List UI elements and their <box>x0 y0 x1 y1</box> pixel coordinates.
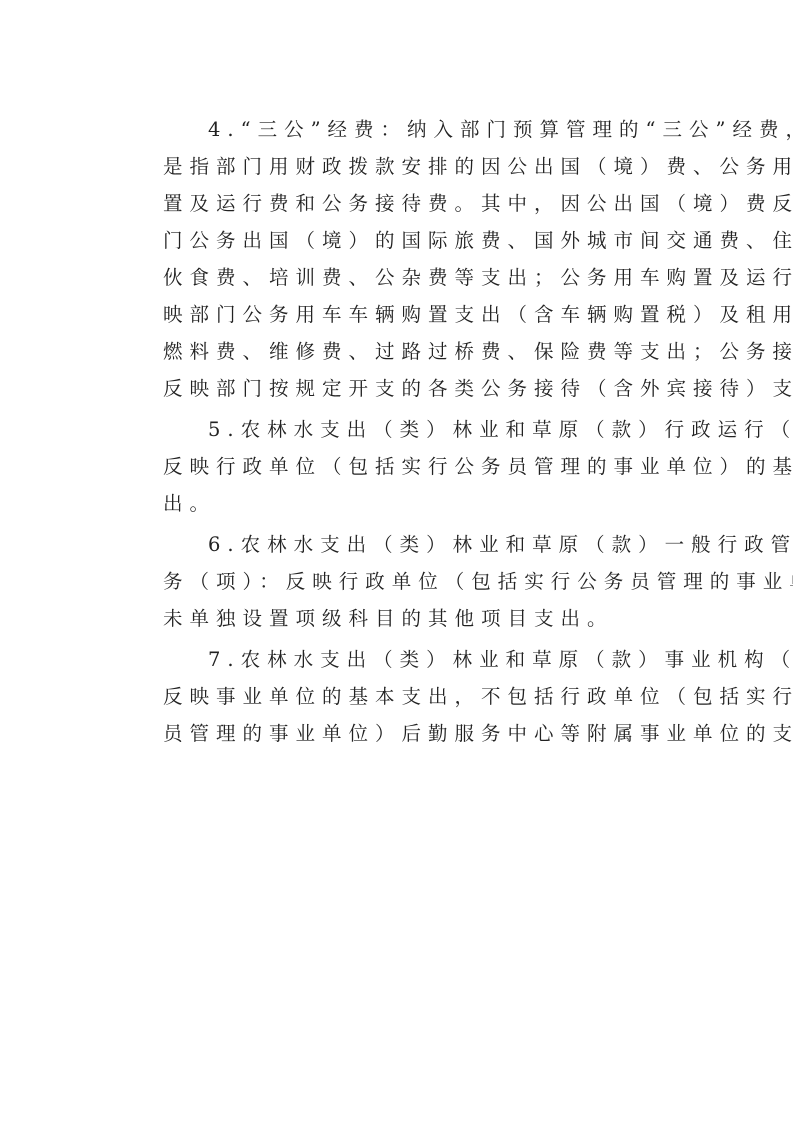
text-line: 反映部门按规定开支的各类公务接待（含外宾接待）支出。 <box>118 370 678 407</box>
text-line: 5.农林水支出（类）林业和草原（款）行政运行（项）： <box>118 411 678 448</box>
paragraph-item-7: 7.农林水支出（类）林业和草原（款）事业机构（项）： 反映事业单位的基本支出，不… <box>118 641 678 752</box>
paragraph-item-6: 6.农林水支出（类）林业和草原（款）一般行政管理事 务（项）：反映行政单位（包括… <box>118 526 678 637</box>
text-line: 反映行政单位（包括实行公务员管理的事业单位）的基本支 <box>118 448 678 485</box>
text-line: 反映事业单位的基本支出，不包括行政单位（包括实行公务 <box>118 678 678 715</box>
text-line: 出。 <box>118 485 678 522</box>
paragraph-item-5: 5.农林水支出（类）林业和草原（款）行政运行（项）： 反映行政单位（包括实行公务… <box>118 411 678 522</box>
text-line: 燃料费、维修费、过路过桥费、保险费等支出；公务接待费 <box>118 333 678 370</box>
document-page: 4.“三公”经费：纳入部门预算管理的“三公”经费， 是指部门用财政拨款安排的因公… <box>118 111 678 752</box>
text-line: 7.农林水支出（类）林业和草原（款）事业机构（项）： <box>118 641 678 678</box>
text-line: 4.“三公”经费：纳入部门预算管理的“三公”经费， <box>118 111 678 148</box>
text-line: 是指部门用财政拨款安排的因公出国（境）费、公务用车购 <box>118 148 678 185</box>
text-line: 门公务出国（境）的国际旅费、国外城市间交通费、住宿费、 <box>118 222 678 259</box>
text-line: 务（项）：反映行政单位（包括实行公务员管理的事业单位） <box>118 563 678 600</box>
paragraph-item-4: 4.“三公”经费：纳入部门预算管理的“三公”经费， 是指部门用财政拨款安排的因公… <box>118 111 678 407</box>
text-line: 置及运行费和公务接待费。其中，因公出国（境）费反映部 <box>118 185 678 222</box>
text-line: 员管理的事业单位）后勤服务中心等附属事业单位的支出。 <box>118 715 678 752</box>
text-line: 伙食费、培训费、公杂费等支出；公务用车购置及运行费反 <box>118 259 678 296</box>
text-line: 未单独设置项级科目的其他项目支出。 <box>118 600 678 637</box>
text-line: 映部门公务用车车辆购置支出（含车辆购置税）及租用费、 <box>118 296 678 333</box>
text-line: 6.农林水支出（类）林业和草原（款）一般行政管理事 <box>118 526 678 563</box>
